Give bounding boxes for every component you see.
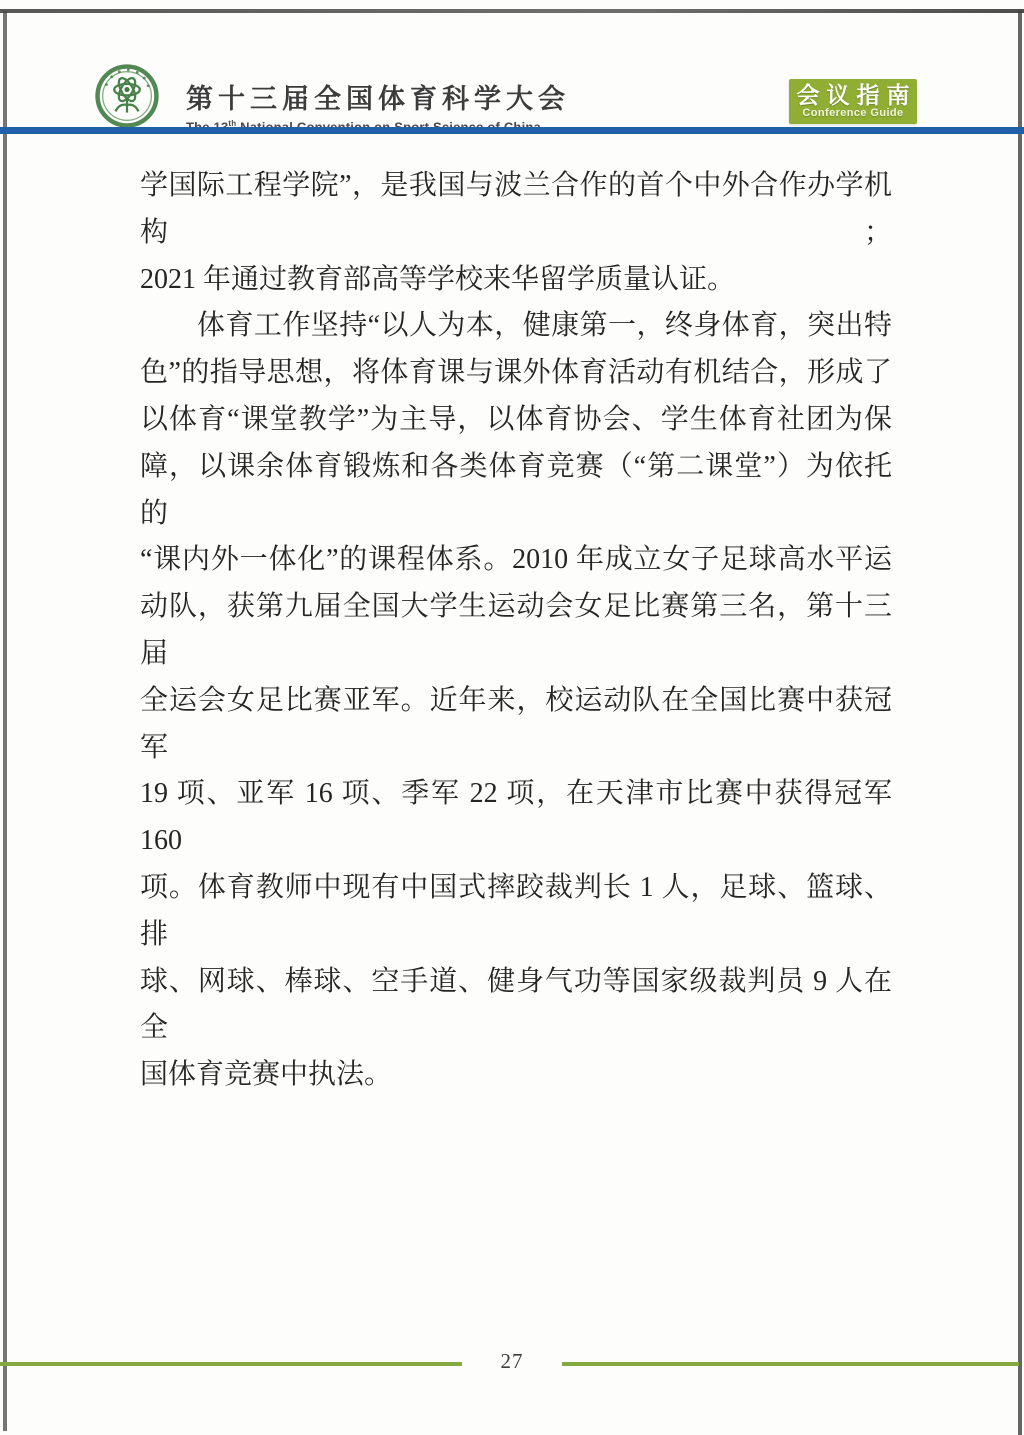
page-number: 27 xyxy=(462,1347,562,1376)
body-text: 学国际工程学院”，是我国与波兰合作的首个中外合作办学机构； 2021 年通过教育… xyxy=(140,163,892,1099)
text-line: 球、网球、棒球、空手道、健身气功等国家级裁判员 9 人在全 xyxy=(140,959,892,1053)
text-line: 以体育“课堂教学”为主导，以体育协会、学生体育社团为保 xyxy=(140,397,892,444)
text-line: 19 项、亚军 16 项、季军 22 项，在天津市比赛中获得冠军 160 xyxy=(140,771,892,865)
text-line: “课内外一体化”的课程体系。2010 年成立女子足球高水平运 xyxy=(140,537,892,584)
conference-title: 第十三届全国体育科学大会 xyxy=(186,77,570,116)
conference-title-block: 第十三届全国体育科学大会 The 13th National Conventio… xyxy=(186,77,570,134)
page-header: 第十三届全国体育科学大会 The 13th National Conventio… xyxy=(0,0,1024,135)
text-line: 动队，获第九届全国大学生运动会女足比赛第三名，第十三届 xyxy=(140,584,892,678)
text-line: 色”的指导思想，将体育课与课外体育活动有机结合，形成了 xyxy=(140,350,892,397)
text-line: 项。体育教师中现有中国式摔跤裁判长 1 人，足球、篮球、排 xyxy=(140,865,892,959)
text-line: 学国际工程学院”，是我国与波兰合作的首个中外合作办学机构； xyxy=(140,163,892,257)
conference-logo-icon xyxy=(94,64,160,128)
badge-subtitle: Conference Guide xyxy=(802,107,903,120)
text-line: 体育工作坚持“以人为本，健康第一，终身体育，突出特 xyxy=(140,303,892,350)
text-line: 全运会女足比赛亚军。近年来，校运动队在全国比赛中获冠 军 xyxy=(140,678,892,772)
text-line: 障，以课余体育锻炼和各类体育竞赛（“第二课堂”）为依托的 xyxy=(140,444,892,538)
scanned-document-page: { "header": { "logo_name": "sport-scienc… xyxy=(0,0,1024,1435)
badge-title: 会议指南 xyxy=(790,83,917,107)
header-rule xyxy=(0,127,1024,134)
text-line: 2021 年通过教育部高等学校来华留学质量认证。 xyxy=(140,257,892,304)
scan-edge-left xyxy=(3,11,7,1431)
text-line: 国体育竞赛中执法。 xyxy=(140,1052,892,1099)
scan-edge-right xyxy=(1018,11,1022,1435)
conference-guide-badge: 会议指南 Conference Guide xyxy=(789,79,917,124)
